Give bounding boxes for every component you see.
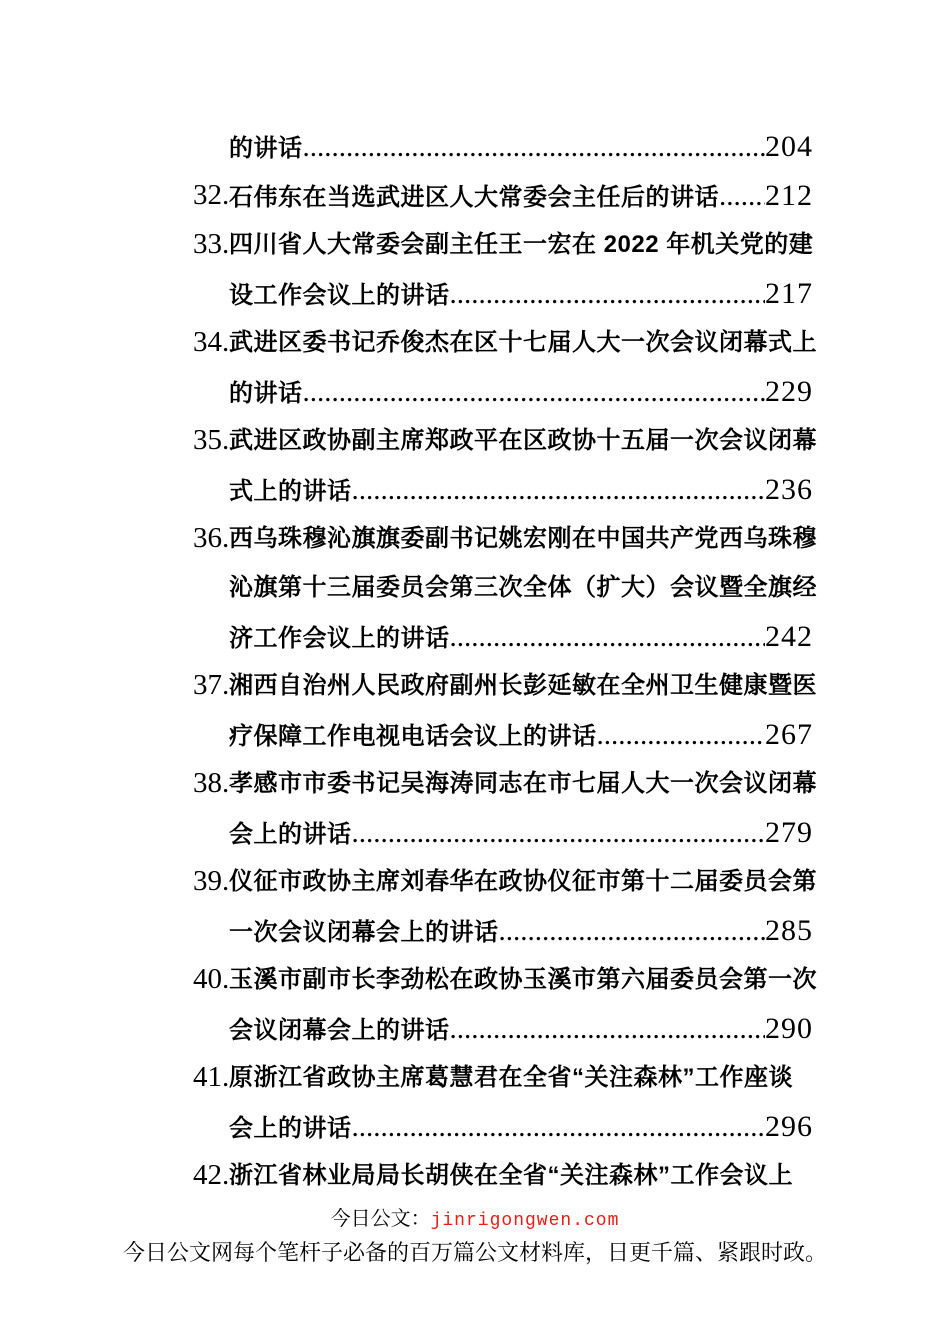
toc-entry-title: 式上的讲话 <box>229 467 352 516</box>
toc-entry-title: 孝感市市委书记吴海涛同志在市七届人大一次会议闭幕 <box>229 770 817 797</box>
footer-tagline: 今日公文网每个笔杆子必备的百万篇公文材料库，日更千篇、紧跟时政。 <box>0 1236 950 1269</box>
toc-entry-line: 疗保障工作电视电话会议上的讲话.........................… <box>229 710 813 759</box>
toc-entry-line: 36.西乌珠穆沁旗旗委副书记姚宏刚在中国共产党西乌珠穆 <box>229 514 813 563</box>
toc-entry-page-number: 290 <box>765 1004 813 1053</box>
toc-entry-number: 38. <box>193 759 229 808</box>
footer-site-label: 今日公文： <box>331 1208 431 1230</box>
toc-entry-page-number: 267 <box>765 710 813 759</box>
toc-list: 的讲话.....................................… <box>229 122 813 1200</box>
toc-entry-line: 式上的讲话...................................… <box>229 465 813 514</box>
toc-entry: 42.浙江省林业局局长胡侠在全省“关注森林”工作会议上 <box>229 1151 813 1200</box>
dot-leader: ........................................… <box>719 172 765 221</box>
dot-leader: ........................................… <box>450 1005 766 1054</box>
toc-entry: 41.原浙江省政协主席葛慧君在全省“关注森林”工作座谈会上的讲话........… <box>229 1053 813 1151</box>
toc-entry-number: 33. <box>193 220 229 269</box>
toc-entry: 32.石伟东在当选武进区人大常委会主任后的讲话.................… <box>229 171 813 220</box>
toc-entry-title: 的讲话 <box>229 124 303 173</box>
toc-entry-number: 37. <box>193 661 229 710</box>
toc-entry: 40.玉溪市副市长李劲松在政协玉溪市第六届委员会第一次会议闭幕会上的讲话....… <box>229 955 813 1053</box>
toc-entry-line: 35.武进区政协副主席郑政平在区政协十五届一次会议闭幕 <box>229 416 813 465</box>
toc-entry-title: 的讲话 <box>229 369 303 418</box>
toc-entry-number: 39. <box>193 857 229 906</box>
toc-entry-title: 湘西自治州人民政府副州长彭延敏在全州卫生健康暨医 <box>229 672 817 699</box>
toc-entry: 38.孝感市市委书记吴海涛同志在市七届人大一次会议闭幕会上的讲话........… <box>229 759 813 857</box>
toc-entry-title: 武进区政协副主席郑政平在区政协十五届一次会议闭幕 <box>229 427 817 454</box>
dot-leader: ........................................… <box>450 270 766 319</box>
toc-entry-line: 32.石伟东在当选武进区人大常委会主任后的讲话.................… <box>229 171 813 220</box>
toc-entry-line: 沁旗第十三届委员会第三次全体（扩大）会议暨全旗经 <box>229 563 813 612</box>
toc-entry: 的讲话.....................................… <box>229 122 813 171</box>
toc-entry-page-number: 279 <box>765 808 813 857</box>
toc-entry: 33.四川省人大常委会副主任王一宏在 2022 年机关党的建设工作会议上的讲话.… <box>229 220 813 318</box>
toc-entry-line: 的讲话.....................................… <box>229 122 813 171</box>
toc-entry-number: 36. <box>193 514 229 563</box>
toc-entry-line: 设工作会议上的讲话...............................… <box>229 269 813 318</box>
dot-leader: ........................................… <box>597 711 766 760</box>
toc-entry-line: 41.原浙江省政协主席葛慧君在全省“关注森林”工作座谈 <box>229 1053 813 1102</box>
toc-entry-title: 疗保障工作电视电话会议上的讲话 <box>229 712 597 761</box>
footer-site-url-link[interactable]: jinrigongwen.com <box>431 1211 620 1231</box>
toc-entry-title: 玉溪市副市长李劲松在政协玉溪市第六届委员会第一次 <box>229 966 817 993</box>
toc-entry-title: 仪征市政协主席刘春华在政协仪征市第十二届委员会第 <box>229 868 817 895</box>
toc-entry-title: 浙江省林业局局长胡侠在全省“关注森林”工作会议上 <box>229 1162 793 1189</box>
toc-entry-line: 会上的讲话...................................… <box>229 1102 813 1151</box>
toc-entry-line: 会议闭幕会上的讲话...............................… <box>229 1004 813 1053</box>
toc-entry-title: 石伟东在当选武进区人大常委会主任后的讲话 <box>229 173 719 222</box>
toc-entry-line: 42.浙江省林业局局长胡侠在全省“关注森林”工作会议上 <box>229 1151 813 1200</box>
dot-leader: ........................................… <box>303 123 766 172</box>
toc-entry-title: 济工作会议上的讲话 <box>229 614 450 663</box>
toc-entry: 34.武进区委书记乔俊杰在区十七届人大一次会议闭幕式上的讲话..........… <box>229 318 813 416</box>
toc-entry-number: 34. <box>193 318 229 367</box>
footer-watermark: 今日公文：jinrigongwen.com 今日公文网每个笔杆子必备的百万篇公文… <box>0 1204 950 1269</box>
toc-entry-title: 沁旗第十三届委员会第三次全体（扩大）会议暨全旗经 <box>229 574 817 601</box>
toc-entry-page-number: 242 <box>765 612 813 661</box>
toc-entry: 35.武进区政协副主席郑政平在区政协十五届一次会议闭幕式上的讲话........… <box>229 416 813 514</box>
dot-leader: ........................................… <box>352 809 766 858</box>
toc-entry-number: 32. <box>193 171 229 220</box>
toc-entry-line: 会上的讲话...................................… <box>229 808 813 857</box>
toc-entry-number: 40. <box>193 955 229 1004</box>
toc-entry-page-number: 217 <box>765 269 813 318</box>
toc-entry-line: 37.湘西自治州人民政府副州长彭延敏在全州卫生健康暨医 <box>229 661 813 710</box>
footer-site-line: 今日公文：jinrigongwen.com <box>0 1204 950 1236</box>
toc-entry: 36.西乌珠穆沁旗旗委副书记姚宏刚在中国共产党西乌珠穆沁旗第十三届委员会第三次全… <box>229 514 813 661</box>
toc-entry-page-number: 296 <box>765 1102 813 1151</box>
toc-entry-page-number: 236 <box>765 465 813 514</box>
dot-leader: ........................................… <box>303 368 766 417</box>
toc-entry: 39.仪征市政协主席刘春华在政协仪征市第十二届委员会第一次会议闭幕会上的讲话..… <box>229 857 813 955</box>
toc-entry-title: 四川省人大常委会副主任王一宏在 2022 年机关党的建 <box>229 231 813 258</box>
toc-entry-title: 西乌珠穆沁旗旗委副书记姚宏刚在中国共产党西乌珠穆 <box>229 525 817 552</box>
toc-entry-page-number: 285 <box>765 906 813 955</box>
toc-entry-title: 设工作会议上的讲话 <box>229 271 450 320</box>
toc-entry-title: 武进区委书记乔俊杰在区十七届人大一次会议闭幕式上 <box>229 329 817 356</box>
document-page: 的讲话.....................................… <box>0 0 950 1344</box>
toc-entry-title: 一次会议闭幕会上的讲话 <box>229 908 499 957</box>
toc-entry-title: 原浙江省政协主席葛慧君在全省“关注森林”工作座谈 <box>229 1064 793 1091</box>
dot-leader: ........................................… <box>352 466 766 515</box>
dot-leader: ........................................… <box>499 907 766 956</box>
toc-entry-line: 的讲话.....................................… <box>229 367 813 416</box>
toc-entry-line: 40.玉溪市副市长李劲松在政协玉溪市第六届委员会第一次 <box>229 955 813 1004</box>
toc-entry-page-number: 229 <box>765 367 813 416</box>
toc-entry-number: 35. <box>193 416 229 465</box>
toc-entry-line: 38.孝感市市委书记吴海涛同志在市七届人大一次会议闭幕 <box>229 759 813 808</box>
toc-entry-page-number: 204 <box>765 122 813 171</box>
toc-entry-title: 会上的讲话 <box>229 1104 352 1153</box>
dot-leader: ........................................… <box>352 1103 766 1152</box>
toc-entry-title: 会上的讲话 <box>229 810 352 859</box>
toc-entry: 37.湘西自治州人民政府副州长彭延敏在全州卫生健康暨医疗保障工作电视电话会议上的… <box>229 661 813 759</box>
toc-entry-title: 会议闭幕会上的讲话 <box>229 1006 450 1055</box>
toc-entry-number: 41. <box>193 1053 229 1102</box>
toc-entry-line: 34.武进区委书记乔俊杰在区十七届人大一次会议闭幕式上 <box>229 318 813 367</box>
toc-entry-line: 一次会议闭幕会上的讲话.............................… <box>229 906 813 955</box>
toc-entry-line: 济工作会议上的讲话...............................… <box>229 612 813 661</box>
toc-entry-line: 39.仪征市政协主席刘春华在政协仪征市第十二届委员会第 <box>229 857 813 906</box>
toc-entry-line: 33.四川省人大常委会副主任王一宏在 2022 年机关党的建 <box>229 220 813 269</box>
toc-entry-number: 42. <box>193 1151 229 1200</box>
toc-entry-page-number: 212 <box>765 171 813 220</box>
dot-leader: ........................................… <box>450 613 766 662</box>
